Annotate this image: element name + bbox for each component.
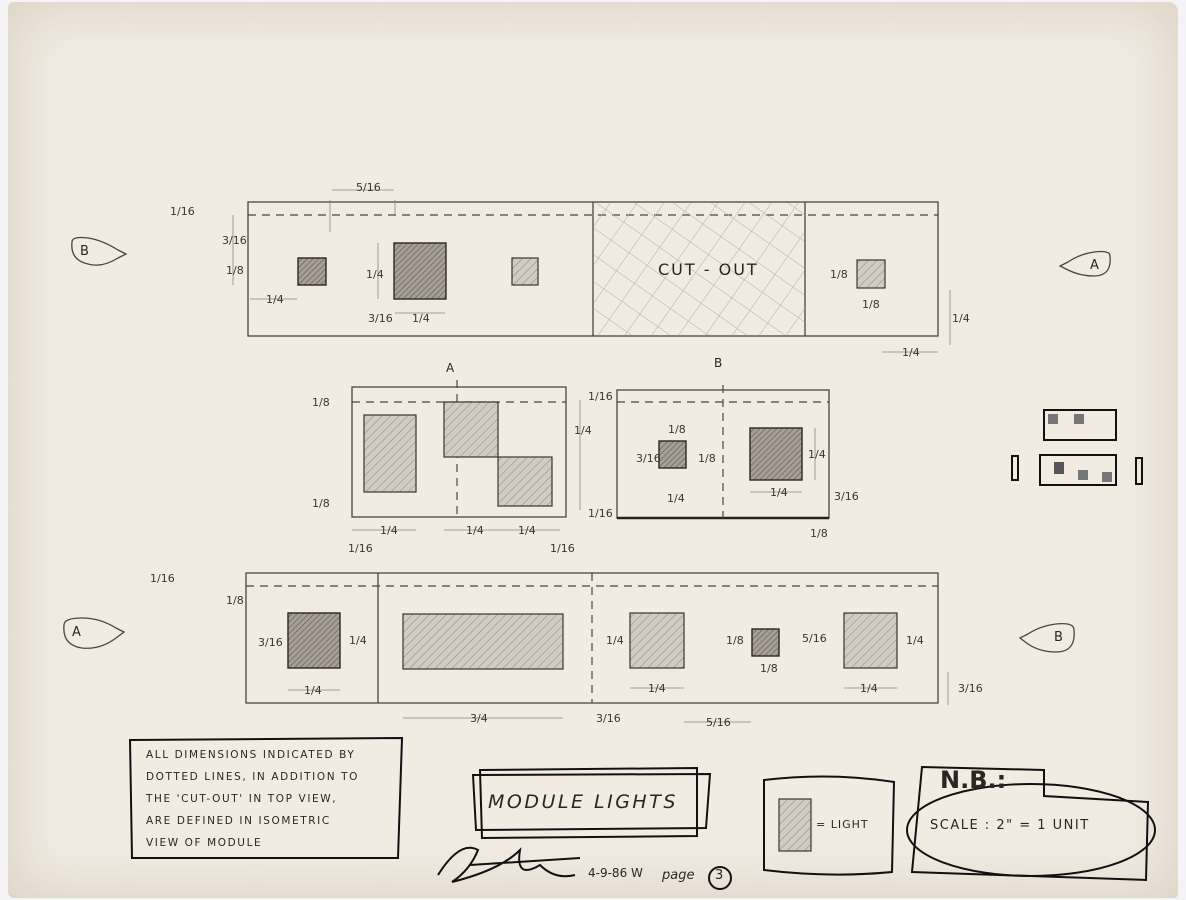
dim: 1/4 bbox=[366, 268, 384, 281]
dim: 1/8 bbox=[226, 594, 244, 607]
dim: 3/16 bbox=[368, 312, 393, 325]
dim: 1/8 bbox=[810, 527, 828, 540]
dim: 1/16 bbox=[348, 542, 373, 555]
legend-label: = LIGHT bbox=[816, 818, 869, 831]
dim: 1/4 bbox=[349, 634, 367, 647]
dim: 1/8 bbox=[226, 264, 244, 277]
dim: 5/16 bbox=[356, 181, 381, 194]
notes-line: THE 'CUT-OUT' IN TOP VIEW, bbox=[146, 788, 359, 810]
dim: 3/16 bbox=[258, 636, 283, 649]
legend-light-swatch bbox=[779, 799, 811, 851]
isometric-thumbnails bbox=[1012, 410, 1142, 485]
dim: 1/16 bbox=[588, 507, 613, 520]
scale-note: SCALE : 2" = 1 UNIT bbox=[930, 818, 1090, 833]
dim: 1/4 bbox=[648, 682, 666, 695]
dim: 1/8 bbox=[862, 298, 880, 311]
page-label: page bbox=[662, 868, 694, 883]
dim: 1/4 bbox=[860, 682, 878, 695]
marker-a-top-right: A bbox=[1090, 258, 1099, 273]
section-marker-a: A bbox=[446, 361, 454, 375]
cutout-label: CUT - OUT bbox=[658, 260, 759, 279]
section-marker-b: B bbox=[714, 356, 722, 370]
notes-line: VIEW OF MODULE bbox=[146, 832, 359, 854]
dim: 1/4 bbox=[667, 492, 685, 505]
dim: 3/16 bbox=[958, 682, 983, 695]
notes-line: ARE DEFINED IN ISOMETRIC bbox=[146, 810, 359, 832]
dim: 1/4 bbox=[902, 346, 920, 359]
dim: 1/8 bbox=[698, 452, 716, 465]
dim: 1/8 bbox=[830, 268, 848, 281]
marker-b-top-left: B bbox=[80, 244, 89, 259]
dim: 1/4 bbox=[906, 634, 924, 647]
dim: 1/8 bbox=[760, 662, 778, 675]
nb-heading: N.B.: bbox=[940, 766, 1006, 794]
dim: 1/4 bbox=[412, 312, 430, 325]
marker-a-bottom-left: A bbox=[72, 625, 81, 640]
dim: 1/4 bbox=[518, 524, 536, 537]
dim: 1/16 bbox=[150, 572, 175, 585]
signature bbox=[438, 848, 580, 882]
title-text: MODULE LIGHTS bbox=[488, 791, 678, 813]
dim: 5/16 bbox=[802, 632, 827, 645]
dim: 5/16 bbox=[706, 716, 731, 729]
dim: 1/4 bbox=[380, 524, 398, 537]
dim: 1/4 bbox=[466, 524, 484, 537]
dim: 3/16 bbox=[636, 452, 661, 465]
notes-line: ALL DIMENSIONS INDICATED BY bbox=[146, 744, 359, 766]
page-number: 3 bbox=[715, 868, 723, 883]
dim: 1/8 bbox=[726, 634, 744, 647]
view-markers bbox=[64, 238, 1110, 653]
dim: 1/4 bbox=[808, 448, 826, 461]
middle-left-view bbox=[352, 380, 580, 530]
notes-line: DOTTED LINES, IN ADDITION TO bbox=[146, 766, 359, 788]
dim: 3/4 bbox=[470, 712, 488, 725]
bottom-view bbox=[246, 573, 948, 722]
dim: 1/4 bbox=[606, 634, 624, 647]
dim: 1/4 bbox=[266, 293, 284, 306]
dim: 1/16 bbox=[550, 542, 575, 555]
dim: 1/4 bbox=[304, 684, 322, 697]
notes-box: ALL DIMENSIONS INDICATED BY DOTTED LINES… bbox=[146, 744, 359, 854]
dim: 1/16 bbox=[170, 205, 195, 218]
signature-date: 4-9-86 W bbox=[588, 866, 643, 880]
marker-b-bottom-right: B bbox=[1054, 630, 1063, 645]
dim: 1/4 bbox=[770, 486, 788, 499]
dim: 3/16 bbox=[222, 234, 247, 247]
dim: 1/8 bbox=[312, 396, 330, 409]
dim: 1/4 bbox=[952, 312, 970, 325]
dim: 1/8 bbox=[312, 497, 330, 510]
dim: 1/16 bbox=[588, 390, 613, 403]
dim: 1/8 bbox=[668, 423, 686, 436]
dim: 3/16 bbox=[596, 712, 621, 725]
dim: 1/4 bbox=[574, 424, 592, 437]
dim: 3/16 bbox=[834, 490, 859, 503]
